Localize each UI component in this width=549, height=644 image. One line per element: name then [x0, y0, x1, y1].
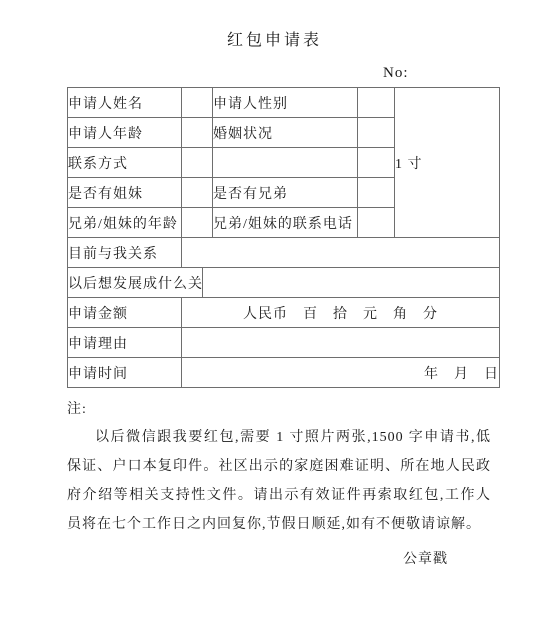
table-row: 目前与我关系	[68, 238, 500, 268]
input-cell-current-relationship[interactable]	[182, 238, 500, 268]
field-label-siblings-age: 兄弟/姐妹的年龄	[68, 208, 182, 238]
table-row: 申请人姓名 申请人性别 1 寸	[68, 88, 500, 118]
input-cell-desired-relationship[interactable]	[203, 268, 500, 298]
input-cell-has-sisters[interactable]	[182, 178, 213, 208]
field-label-application-reason: 申请理由	[68, 328, 182, 358]
input-cell-applicant-age[interactable]	[182, 118, 213, 148]
photo-cell: 1 寸	[395, 88, 500, 238]
field-label-contact-method: 联系方式	[68, 148, 182, 178]
seal-label: 公章戳	[0, 551, 448, 569]
table-row: 申请时间 年 月 日	[68, 358, 500, 388]
amount-units-cell[interactable]: 人民币 百 拾 元 角 分	[182, 298, 500, 328]
input-cell-applicant-gender[interactable]	[358, 88, 395, 118]
field-label-application-date: 申请时间	[68, 358, 182, 388]
field-label-applicant-age: 申请人年龄	[68, 118, 182, 148]
input-cell-siblings-phone[interactable]	[358, 208, 395, 238]
input-cell-application-reason[interactable]	[182, 328, 500, 358]
field-label-has-sisters: 是否有姐妹	[68, 178, 182, 208]
field-label-has-brothers: 是否有兄弟	[213, 178, 358, 208]
page-title: 红包申请表	[0, 0, 549, 51]
application-form-table: 申请人姓名 申请人性别 1 寸 申请人年龄 婚姻状况 联系方式 是否有姐妹	[67, 87, 500, 388]
field-label-siblings-phone: 兄弟/姐妹的联系电话	[213, 208, 358, 238]
table-row: 申请金额 人民币 百 拾 元 角 分	[68, 298, 500, 328]
table-row: 以后想发展成什么关系	[68, 268, 500, 298]
input-cell-empty[interactable]	[358, 148, 395, 178]
field-label-empty	[213, 148, 358, 178]
input-cell-marital-status[interactable]	[358, 118, 395, 148]
table-row: 申请理由	[68, 328, 500, 358]
input-cell-has-brothers[interactable]	[358, 178, 395, 208]
document-page: 红包申请表 No: 申请人姓名 申请人性别 1 寸 申请人年龄 婚姻状况	[0, 0, 549, 644]
date-placeholder-cell[interactable]: 年 月 日	[182, 358, 500, 388]
input-cell-applicant-name[interactable]	[182, 88, 213, 118]
field-label-applicant-name: 申请人姓名	[68, 88, 182, 118]
notes-heading: 注:	[67, 401, 549, 419]
field-label-desired-relationship: 以后想发展成什么关系	[68, 268, 203, 298]
input-cell-siblings-age[interactable]	[182, 208, 213, 238]
field-label-marital-status: 婚姻状况	[213, 118, 358, 148]
field-label-applicant-gender: 申请人性别	[213, 88, 358, 118]
no-label: No:	[383, 65, 549, 81]
field-label-current-relationship: 目前与我关系	[68, 238, 182, 268]
input-cell-contact-method[interactable]	[182, 148, 213, 178]
notes-paragraph: 以后微信跟我要红包,需要 1 寸照片两张,1500 字申请书,低保证、户口本复印…	[67, 423, 491, 539]
field-label-requested-amount: 申请金额	[68, 298, 182, 328]
